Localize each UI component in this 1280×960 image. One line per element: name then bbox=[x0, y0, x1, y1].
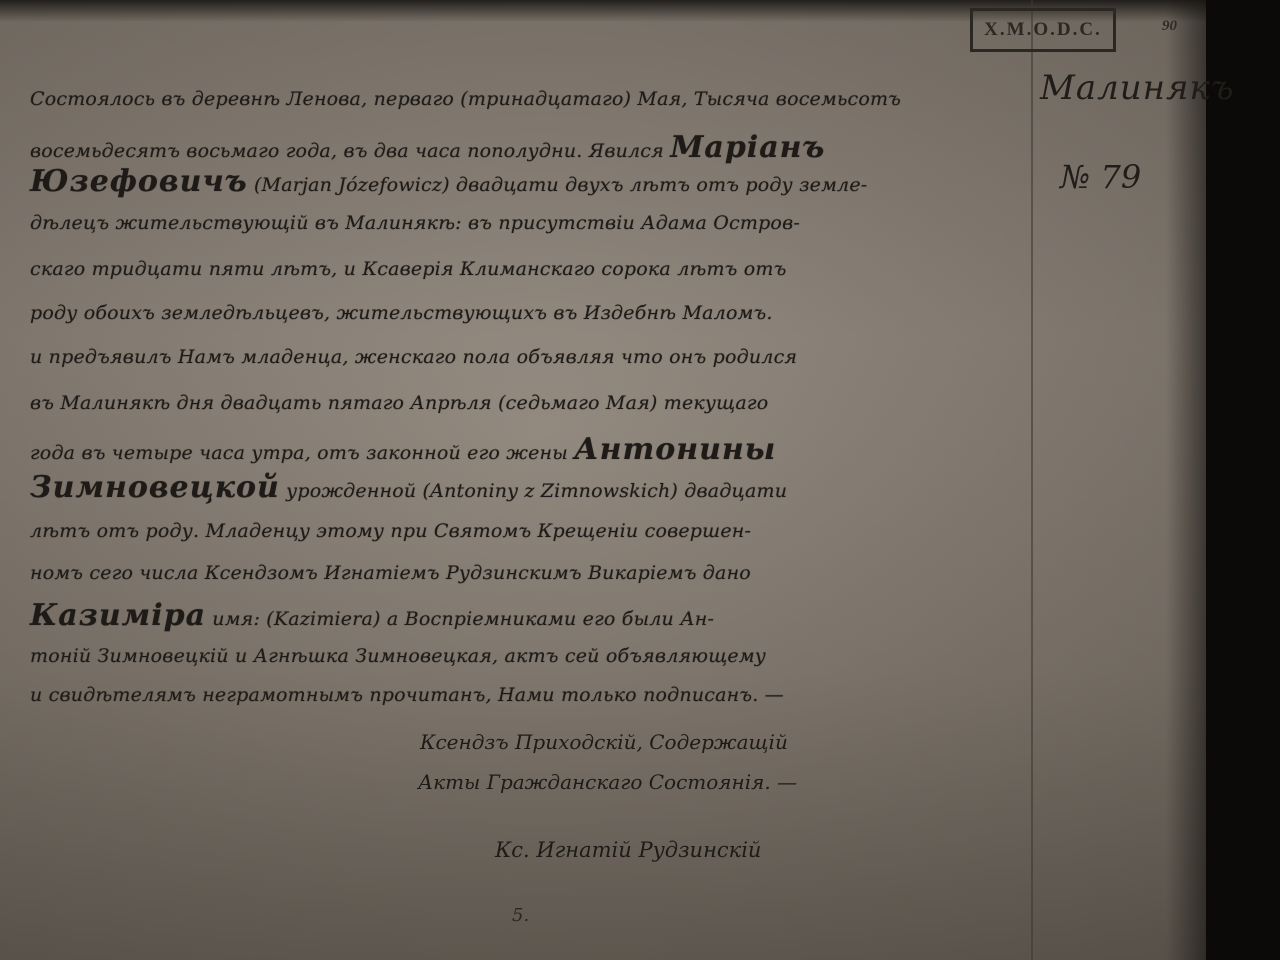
text-line-3-body: (Marjan Józefowicz) двадцати двухъ лѣтъ … bbox=[254, 174, 867, 196]
father-given-name: Маріанъ bbox=[670, 130, 825, 165]
priest-signature: Кс. Игнатій Рудзинскій bbox=[495, 838, 761, 862]
text-line-5: скаго тридцати пяти лѣтъ, и Ксаверія Кли… bbox=[30, 258, 787, 280]
text-line-9-body: года въ четыре часа утра, отъ законной е… bbox=[30, 442, 568, 464]
signature-title-line-1: Ксендзъ Приходскій, Содержащій bbox=[420, 730, 788, 754]
text-line-8: въ Малинякѣ дня двадцать пятаго Апрѣля (… bbox=[30, 392, 768, 414]
text-line-12: номъ сего числа Ксендзомъ Игнатіемъ Рудз… bbox=[30, 562, 751, 584]
text-line-13: Казиміра имя: (Kazimiera) а Воспріемника… bbox=[30, 598, 714, 633]
text-line-1: Состоялось въ деревнѣ Ленова, перваго (т… bbox=[30, 88, 901, 110]
text-line-6: роду обоихъ земледѣльцевъ, жительствующи… bbox=[30, 302, 773, 324]
text-line-14: тоній Зимновецкій и Агнѣшка Зимновецкая,… bbox=[30, 645, 766, 667]
text-line-2-body: восемьдесятъ восьмаго года, въ два часа … bbox=[30, 140, 664, 162]
text-line-10: Зимновецкой урожденной (Antoniny z Zimno… bbox=[30, 470, 787, 505]
text-line-7: и предъявилъ Намъ младенца, женскаго пол… bbox=[30, 346, 797, 368]
margin-rule bbox=[1031, 0, 1033, 960]
text-line-10-body: урожденной (Antoniny z Zimnowskich) двад… bbox=[286, 480, 787, 502]
text-line-13-body: имя: (Kazimiera) а Воспріемниками его бы… bbox=[212, 608, 714, 630]
text-line-3: Юзефовичъ (Marjan Józefowicz) двадцати д… bbox=[30, 164, 867, 199]
folio-number: 90 bbox=[1162, 18, 1177, 35]
mother-surname: Зимновецкой bbox=[30, 470, 280, 505]
text-line-11: лѣтъ отъ роду. Младенцу этому при Святом… bbox=[30, 520, 751, 542]
margin-record-number: № 79 bbox=[1060, 158, 1141, 196]
signature-title-line-2: Акты Гражданскаго Состоянія. — bbox=[418, 770, 797, 794]
text-line-4: дѣлецъ жительствующій въ Малинякѣ: въ пр… bbox=[30, 212, 800, 234]
text-line-2: восемьдесятъ восьмаго года, въ два часа … bbox=[30, 130, 825, 165]
margin-place-name: Малинякъ bbox=[1040, 68, 1235, 108]
footer-mark: 5. bbox=[512, 905, 529, 926]
text-line-15: и свидѣтелямъ неграмотнымъ прочитанъ, На… bbox=[30, 684, 784, 706]
text-line-9: года въ четыре часа утра, отъ законной е… bbox=[30, 432, 776, 467]
document-photo: X.M.O.D.C. 90 Малинякъ № 79 Состоялось в… bbox=[0, 0, 1280, 960]
mother-given-name: Антонины bbox=[574, 432, 776, 467]
father-surname: Юзефовичъ bbox=[30, 164, 248, 199]
archive-stamp: X.M.O.D.C. bbox=[970, 8, 1116, 52]
child-name: Казиміра bbox=[30, 598, 206, 633]
